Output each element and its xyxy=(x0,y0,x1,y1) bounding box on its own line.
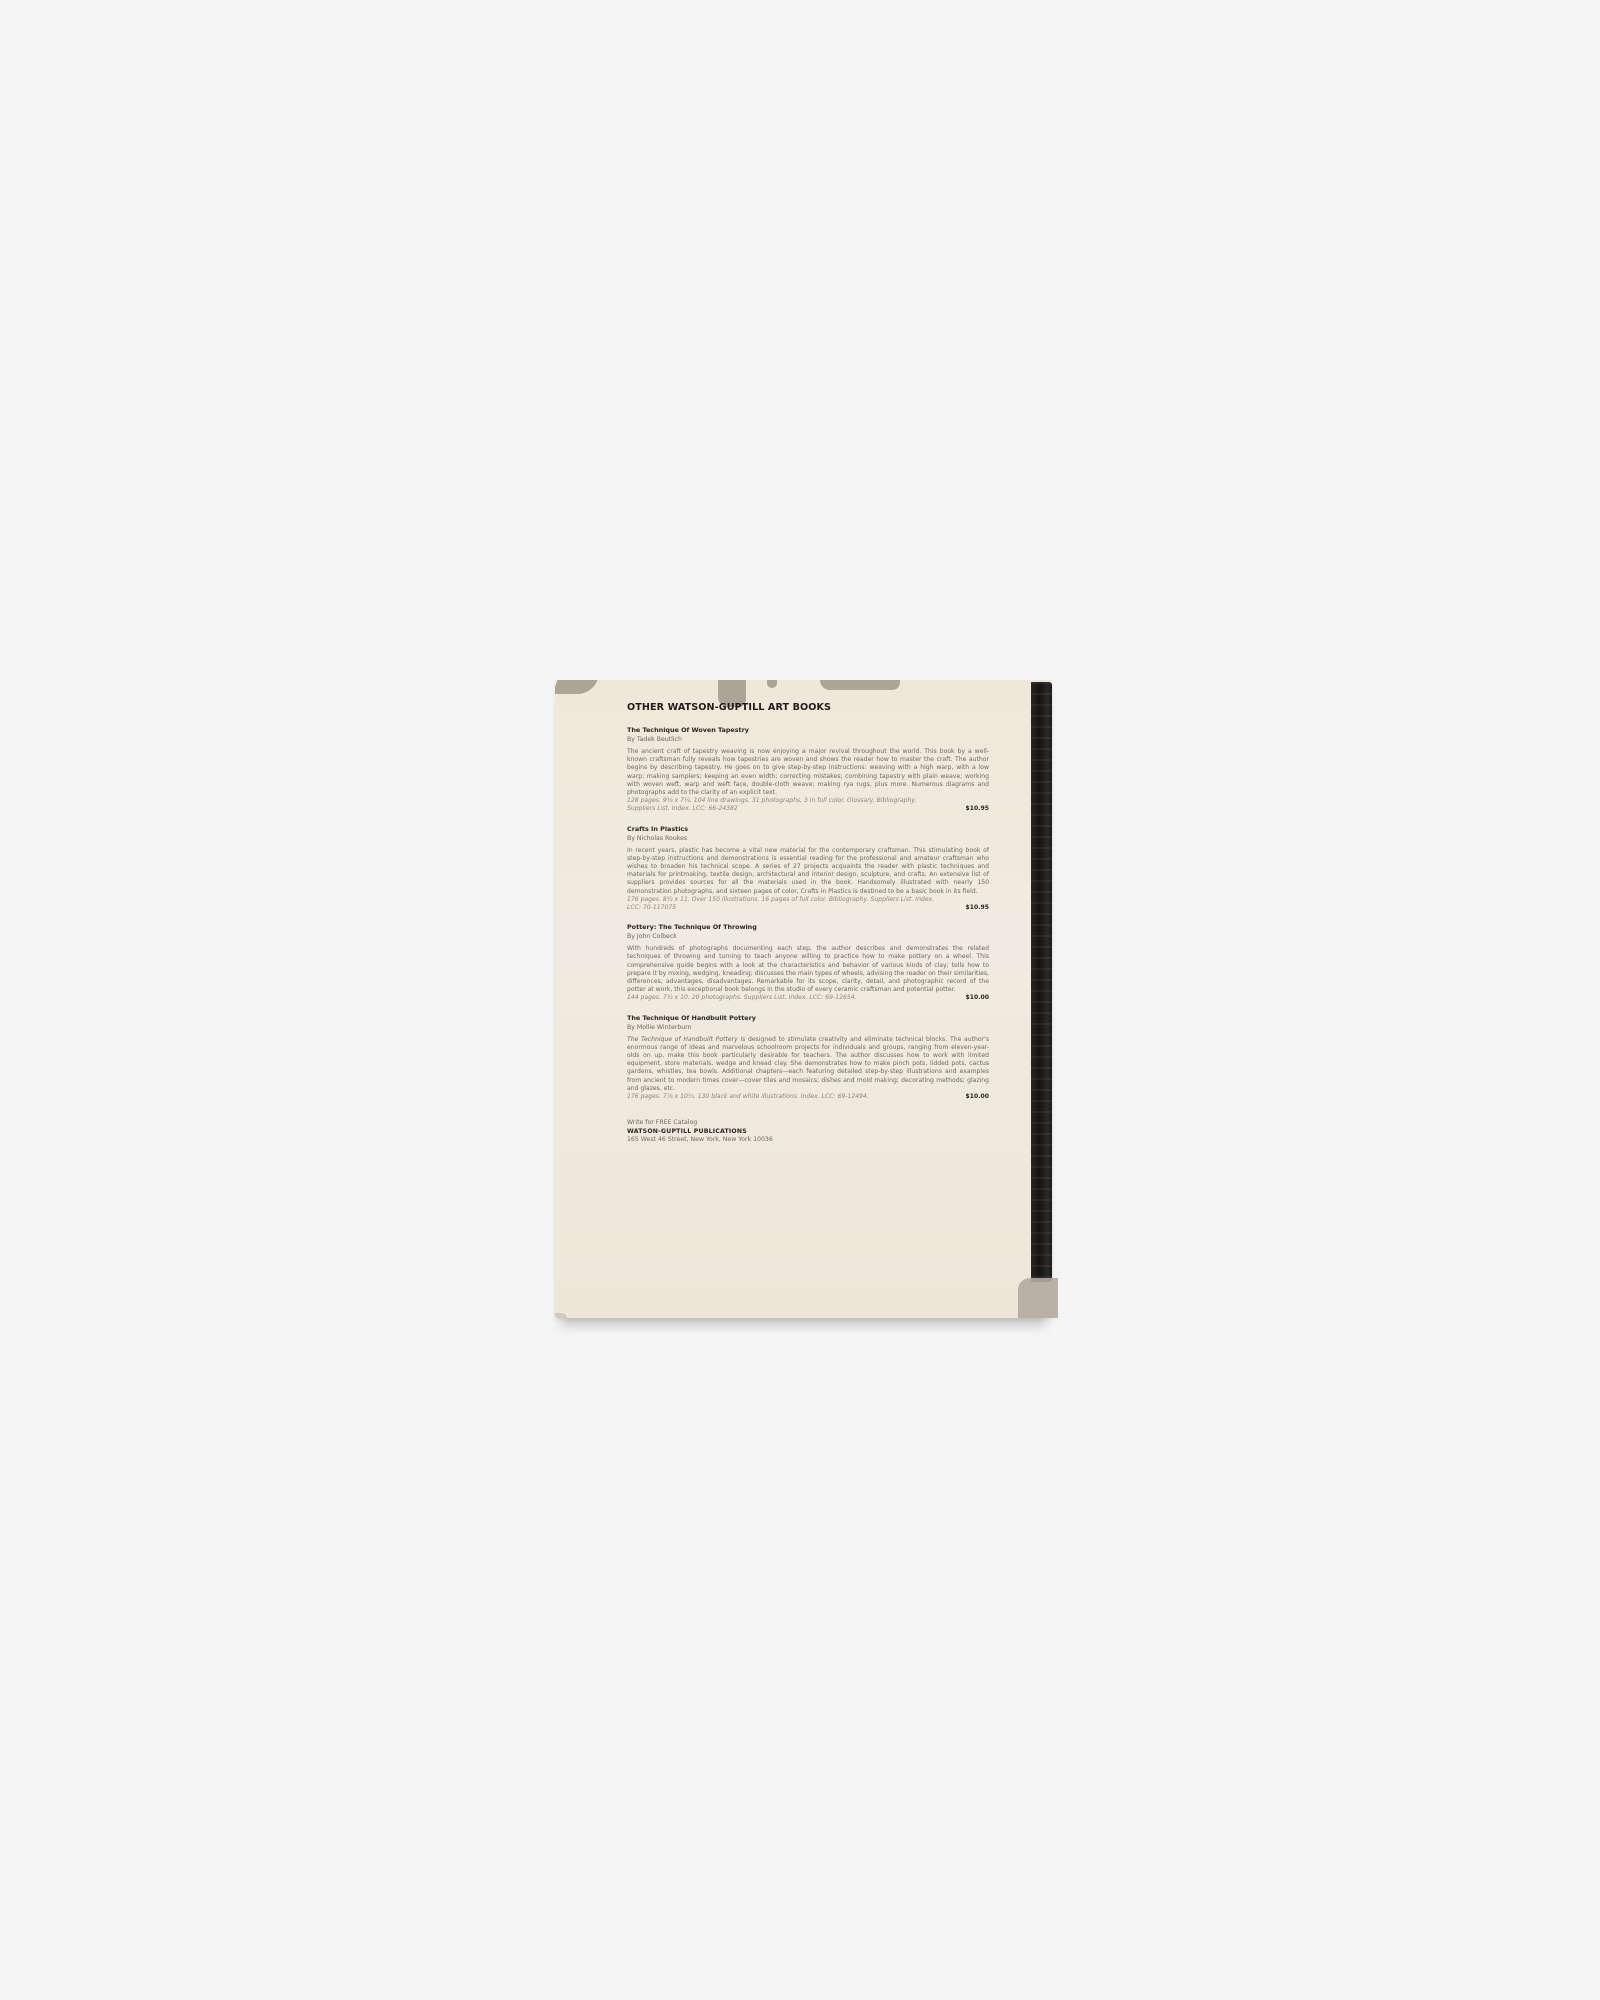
book-specs: 176 pages. 7⅞ x 10¼. 130 black and white… xyxy=(627,1093,989,1101)
book-entry: The Technique Of Handbuilt Pottery By Mo… xyxy=(627,1014,989,1102)
book-price: $10.95 xyxy=(965,805,989,813)
book-price: $10.00 xyxy=(965,994,989,1002)
publisher-address: 165 West 46 Street, New York, New York 1… xyxy=(627,1136,989,1144)
corner-wear xyxy=(1018,1278,1058,1318)
book-specs: 176 pages. 8½ x 11. Over 150 illustratio… xyxy=(627,896,989,912)
book-specs-text: 144 pages. 7½ x 10. 20 photographs. Supp… xyxy=(627,994,857,1001)
dust-jacket: OTHER WATSON-GUPTILL ART BOOKS The Techn… xyxy=(555,680,1031,1318)
book-title: The Technique Of Woven Tapestry xyxy=(627,726,989,735)
book-author: By Tadek Beutlich xyxy=(627,735,989,744)
book-specs: 144 pages. 7½ x 10. 20 photographs. Supp… xyxy=(627,994,989,1002)
book-description-text: In recent years, plastic has become a vi… xyxy=(627,847,989,895)
book-specs-text: 176 pages. 7⅞ x 10¼. 130 black and white… xyxy=(627,1093,869,1100)
book-description: In recent years, plastic has become a vi… xyxy=(627,847,989,896)
book-entry: Pottery: The Technique Of Throwing By Jo… xyxy=(627,923,989,1002)
book-title: The Technique Of Handbuilt Pottery xyxy=(627,1014,989,1023)
jacket-text: OTHER WATSON-GUPTILL ART BOOKS The Techn… xyxy=(627,702,989,1145)
book-specs: 128 pages. 9¾ x 7¼. 104 line drawings. 3… xyxy=(627,797,989,813)
book-description: The ancient craft of tapestry weaving is… xyxy=(627,748,989,797)
book-specs-text: 128 pages. 9¾ x 7¼. 104 line drawings. 3… xyxy=(627,797,916,812)
book-price: $10.95 xyxy=(965,904,989,912)
book-entry: The Technique Of Woven Tapestry By Tadek… xyxy=(627,726,989,814)
publisher-name: WATSON-GUPTILL PUBLICATIONS xyxy=(627,1128,989,1136)
book-title: Crafts In Plastics xyxy=(627,825,989,834)
book-description: The Technique of Handbuilt Pottery is de… xyxy=(627,1036,989,1093)
book-author: By Nicholas Roukes xyxy=(627,834,989,843)
jacket-wear xyxy=(555,1313,567,1318)
book-specs-text: 176 pages. 8½ x 11. Over 150 illustratio… xyxy=(627,896,934,911)
jacket-wear xyxy=(555,680,598,694)
book-description-text: is designed to stimulate creativity and … xyxy=(627,1036,989,1092)
book-author: By John Colbeck xyxy=(627,932,989,941)
book-description-italic: The Technique of Handbuilt Pottery xyxy=(627,1036,738,1043)
book-list: The Technique Of Woven Tapestry By Tadek… xyxy=(627,726,989,1101)
book-description: With hundreds of photographs documenting… xyxy=(627,945,989,994)
book-spine xyxy=(1031,682,1052,1282)
book-back-cover: OTHER WATSON-GUPTILL ART BOOKS The Techn… xyxy=(555,680,1052,1318)
publisher-footer: Write for FREE Catalog WATSON-GUPTILL PU… xyxy=(627,1119,989,1144)
book-entry: Crafts In Plastics By Nicholas Roukes In… xyxy=(627,825,989,913)
jacket-wear xyxy=(767,680,777,688)
book-description-text: The ancient craft of tapestry weaving is… xyxy=(627,748,989,796)
book-title: Pottery: The Technique Of Throwing xyxy=(627,923,989,932)
series-title: OTHER WATSON-GUPTILL ART BOOKS xyxy=(627,702,989,713)
book-author: By Mollie Winterburn xyxy=(627,1023,989,1032)
book-description-text: With hundreds of photographs documenting… xyxy=(627,945,989,993)
jacket-wear xyxy=(820,680,900,690)
book-price: $10.00 xyxy=(965,1093,989,1101)
catalog-line: Write for FREE Catalog xyxy=(627,1119,989,1127)
